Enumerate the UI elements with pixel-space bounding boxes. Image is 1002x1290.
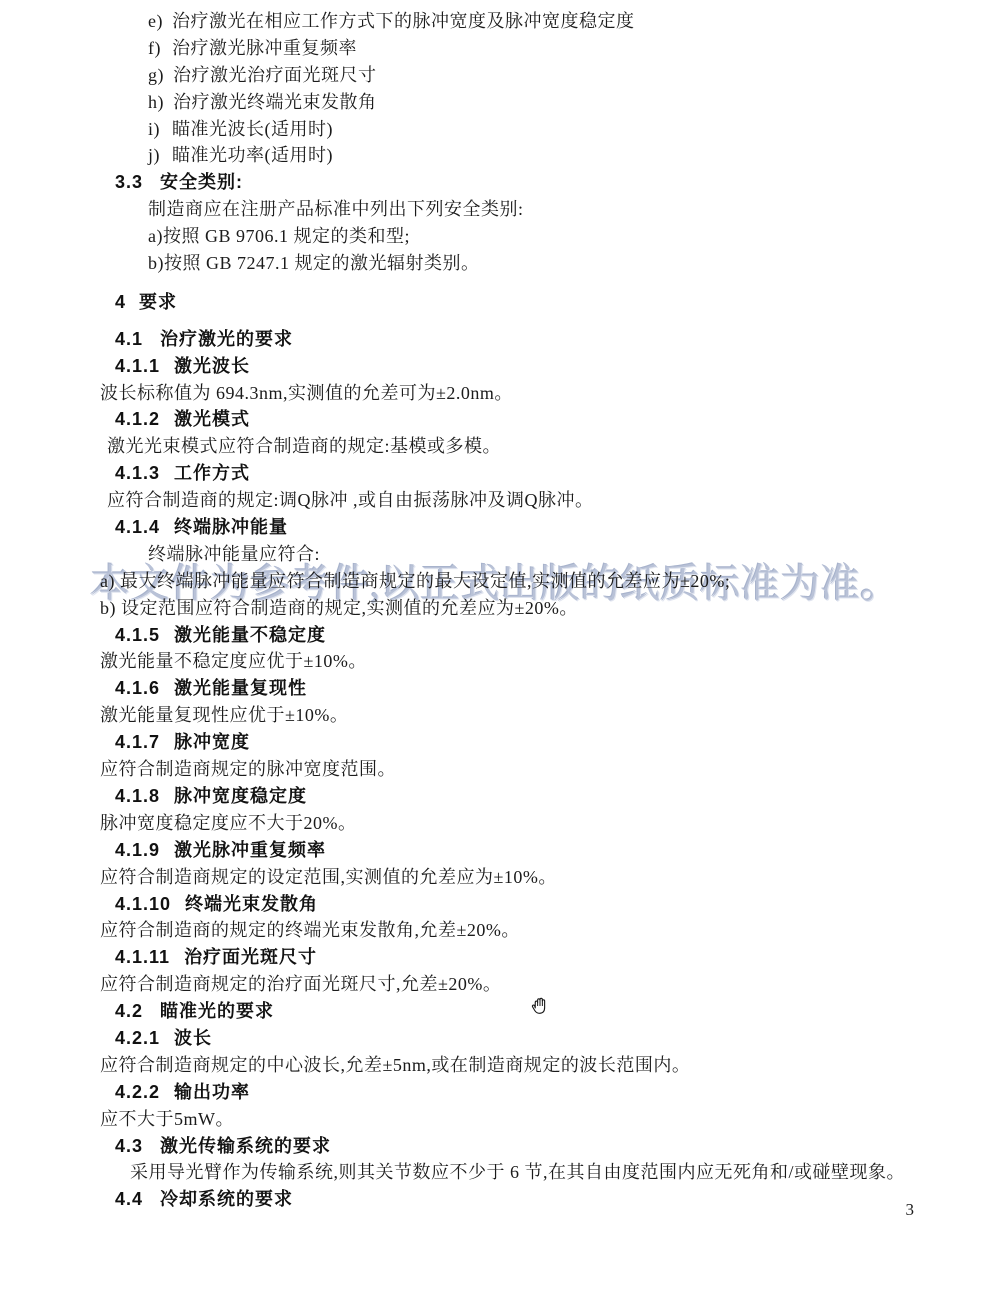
list-item: g)治疗激光治疗面光斑尺寸 [100,62,930,89]
line-text: a)按照 GB 9706.1 规定的类和型; [148,226,410,246]
heading-number: 3.3 [115,172,143,192]
line-text: 应符合制造商规定的脉冲宽度范围。 [100,759,396,779]
line-text: 脉冲宽度 [174,732,250,752]
heading-number: 4.3 [115,1136,143,1156]
line-text: 脉冲宽度稳定度应不大于20%。 [100,813,357,833]
section-heading: 3.3安全类别: [100,169,930,196]
section-heading: 4.1.4终端脉冲能量 [100,514,930,541]
paragraph: 应不大于5mW。 [100,1106,930,1133]
list-item-letter: f) [148,35,163,62]
section-heading: 4.1治疗激光的要求 [100,326,930,353]
list-item-letter: j) [148,142,163,169]
line-text: 应符合制造商的规定:调Q脉冲 ,或自由振荡脉冲及调Q脉冲。 [107,490,594,510]
paragraph: 脉冲宽度稳定度应不大于20%。 [100,810,930,837]
line-text: 治疗面光斑尺寸 [184,947,317,967]
heading-number: 4.1.5 [115,625,160,645]
heading-number: 4.1.6 [115,678,160,698]
section-heading: 4.4冷却系统的要求 [100,1186,930,1213]
line-text: 激光模式 [174,409,250,429]
heading-number: 4.1.2 [115,409,160,429]
paragraph: b)按照 GB 7247.1 规定的激光辐射类别。 [100,250,930,277]
paragraph: 应符合制造商规定的设定范围,实测值的允差应为±10%。 [100,864,930,891]
line-text: 激光波长 [174,356,250,376]
paragraph: 制造商应在注册产品标准中列出下列安全类别: [100,196,930,223]
section-heading: 4.1.5激光能量不稳定度 [100,622,930,649]
document-lines: e)治疗激光在相应工作方式下的脉冲宽度及脉冲宽度稳定度f)治疗激光脉冲重复频率g… [100,8,930,1213]
paragraph: 终端脉冲能量应符合: [100,541,930,568]
line-text: 采用导光臂作为传输系统,则其关节数应不少于 6 节,在其自由度范围内应无死角和/… [130,1162,905,1182]
section-heading: 4.1.10终端光束发散角 [100,891,930,918]
section-heading: 4要求 [100,289,930,316]
line-text: 治疗激光脉冲重复频率 [172,38,357,58]
paragraph: 激光光束模式应符合制造商的规定:基模或多模。 [100,433,930,460]
line-text: 脉冲宽度稳定度 [174,786,307,806]
paragraph: 应符合制造商规定的治疗面光斑尺寸,允差±20%。 [100,971,930,998]
paragraph: b) 设定范围应符合制造商的规定,实测值的允差应为±20%。 [100,595,930,622]
line-text: 应不大于5mW。 [100,1109,234,1129]
page-number: 3 [906,1200,915,1220]
line-text: 瞄准光波长(适用时) [172,119,333,139]
line-text: 应符合制造商规定的治疗面光斑尺寸,允差±20%。 [100,974,501,994]
paragraph: 激光能量不稳定度应优于±10%。 [100,648,930,675]
line-text: 治疗激光治疗面光斑尺寸 [173,65,377,85]
list-item: h)治疗激光终端光束发散角 [100,89,930,116]
pdf-document-page: 本文件为参考件,以正式出版的纸质标准为准。 e)治疗激光在相应工作方式下的脉冲宽… [0,0,1002,1290]
section-heading: 4.3激光传输系统的要求 [100,1133,930,1160]
list-item-letter: e) [148,8,163,35]
line-text: 应符合制造商规定的中心波长,允差±5nm,或在制造商规定的波长范围内。 [100,1055,690,1075]
line-text: b)按照 GB 7247.1 规定的激光辐射类别。 [148,253,480,273]
line-text: 波长标称值为 694.3nm,实测值的允差可为±2.0nm。 [100,383,513,403]
heading-number: 4.2 [115,1001,143,1021]
paragraph: 采用导光臂作为传输系统,则其关节数应不少于 6 节,在其自由度范围内应无死角和/… [100,1159,930,1186]
heading-number: 4.1.4 [115,517,160,537]
paragraph: a) 最大终端脉冲能量应符合制造商规定的最大设定值,实测值的允差应为±20%; [100,568,930,595]
line-text: 终端光束发散角 [185,894,318,914]
section-heading: 4.2.2输出功率 [100,1079,930,1106]
line-text: 治疗激光在相应工作方式下的脉冲宽度及脉冲宽度稳定度 [172,11,635,31]
list-item-letter: i) [148,116,163,143]
section-heading: 4.2瞄准光的要求 [100,998,930,1025]
section-heading: 4.1.2激光模式 [100,406,930,433]
list-item: i)瞄准光波长(适用时) [100,116,930,143]
heading-number: 4 [115,292,126,312]
hand-tool-cursor-icon [525,991,555,1021]
line-text: 激光脉冲重复频率 [174,840,326,860]
list-item: j)瞄准光功率(适用时) [100,142,930,169]
paragraph: 激光能量复现性应优于±10%。 [100,702,930,729]
heading-number: 4.2.1 [115,1028,160,1048]
section-heading: 4.1.11治疗面光斑尺寸 [100,944,930,971]
heading-number: 4.1.8 [115,786,160,806]
heading-number: 4.1.7 [115,732,160,752]
paragraph: 应符合制造商规定的脉冲宽度范围。 [100,756,930,783]
heading-number: 4.1 [115,329,143,349]
line-text: 制造商应在注册产品标准中列出下列安全类别: [148,199,524,219]
line-text: 激光传输系统的要求 [160,1136,331,1156]
line-text: 冷却系统的要求 [160,1189,293,1209]
line-text: 激光能量不稳定度应优于±10%。 [100,651,367,671]
line-text: 激光光束模式应符合制造商的规定:基模或多模。 [107,436,501,456]
section-heading: 4.1.1激光波长 [100,353,930,380]
line-text: 终端脉冲能量应符合: [148,544,320,564]
line-text: 瞄准光的要求 [160,1001,274,1021]
line-text: 治疗激光终端光束发散角 [173,92,377,112]
line-text: 激光能量复现性应优于±10%。 [100,705,348,725]
line-text: 要求 [139,292,177,312]
list-item: e)治疗激光在相应工作方式下的脉冲宽度及脉冲宽度稳定度 [100,8,930,35]
line-text: 终端脉冲能量 [174,517,288,537]
line-text: 应符合制造商的规定的终端光束发散角,允差±20%。 [100,920,520,940]
line-text: 输出功率 [174,1082,250,1102]
heading-number: 4.1.9 [115,840,160,860]
line-text: 瞄准光功率(适用时) [172,145,333,165]
line-text: 波长 [174,1028,212,1048]
line-text: 安全类别: [160,172,243,192]
line-text: b) 设定范围应符合制造商的规定,实测值的允差应为±20%。 [100,598,578,618]
section-heading: 4.1.6激光能量复现性 [100,675,930,702]
paragraph: 应符合制造商的规定:调Q脉冲 ,或自由振荡脉冲及调Q脉冲。 [100,487,930,514]
heading-number: 4.1.10 [115,894,171,914]
section-heading: 4.2.1波长 [100,1025,930,1052]
heading-number: 4.4 [115,1189,143,1209]
list-item-letter: h) [148,89,164,116]
line-text: 激光能量复现性 [174,678,307,698]
line-text: 激光能量不稳定度 [174,625,326,645]
section-heading: 4.1.9激光脉冲重复频率 [100,837,930,864]
list-item-letter: g) [148,62,164,89]
line-text: 治疗激光的要求 [160,329,293,349]
heading-number: 4.1.3 [115,463,160,483]
section-heading: 4.1.3工作方式 [100,460,930,487]
paragraph: 波长标称值为 694.3nm,实测值的允差可为±2.0nm。 [100,380,930,407]
line-text: 工作方式 [174,463,250,483]
line-text: 应符合制造商规定的设定范围,实测值的允差应为±10%。 [100,867,557,887]
paragraph: 应符合制造商规定的中心波长,允差±5nm,或在制造商规定的波长范围内。 [100,1052,930,1079]
paragraph: a)按照 GB 9706.1 规定的类和型; [100,223,930,250]
list-item: f)治疗激光脉冲重复频率 [100,35,930,62]
paragraph: 应符合制造商的规定的终端光束发散角,允差±20%。 [100,917,930,944]
section-heading: 4.1.7脉冲宽度 [100,729,930,756]
heading-number: 4.1.11 [115,947,170,967]
line-text: a) 最大终端脉冲能量应符合制造商规定的最大设定值,实测值的允差应为±20%; [100,571,730,591]
heading-number: 4.2.2 [115,1082,160,1102]
heading-number: 4.1.1 [115,356,160,376]
section-heading: 4.1.8脉冲宽度稳定度 [100,783,930,810]
